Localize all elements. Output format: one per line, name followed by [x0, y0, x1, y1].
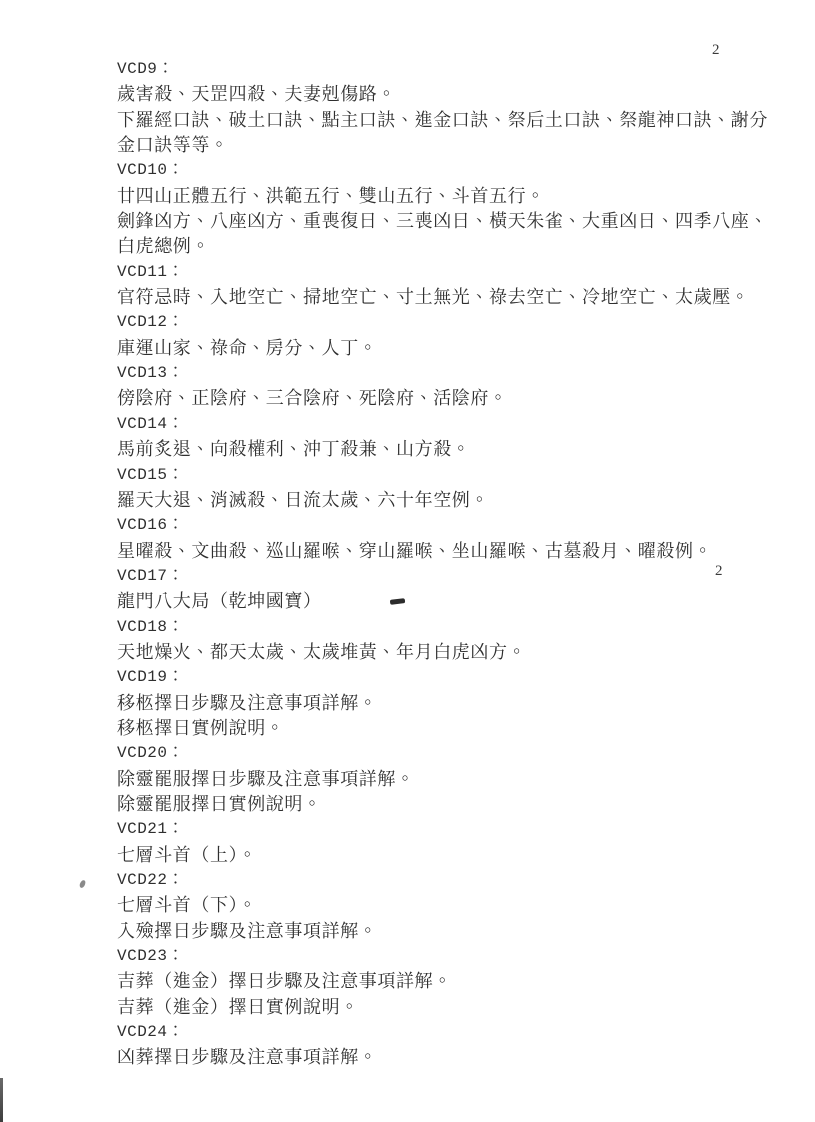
vcd14-heading: VCD14：: [117, 412, 757, 437]
content-line: 下羅經口訣、破土口訣、點主口訣、進金口訣、祭后土口訣、祭龍神口訣、謝分: [117, 108, 757, 133]
vcd10-heading: VCD10：: [117, 158, 757, 183]
vcd19-heading: VCD19：: [117, 665, 757, 690]
content-line: 凶葬擇日步驟及注意事項詳解。: [117, 1045, 757, 1070]
content-line: 星曜殺、文曲殺、巡山羅喉、穿山羅喉、坐山羅喉、古墓殺月、曜殺例。: [117, 539, 757, 564]
content-line: 移柩擇日實例說明。: [117, 716, 757, 741]
ink-speck: [79, 879, 86, 888]
vcd12-heading: VCD12：: [117, 310, 757, 335]
content-line: 羅天大退、消滅殺、日流太歲、六十年空例。: [117, 488, 757, 513]
content-line: 歲害殺、天罡四殺、夫妻剋傷路。: [117, 82, 757, 107]
vcd20-heading: VCD20：: [117, 741, 757, 766]
content-line: 龍門八大局（乾坤國寶）: [117, 589, 757, 614]
scan-edge-artifact: [0, 1078, 3, 1122]
vcd22-heading: VCD22：: [117, 868, 757, 893]
content-line: 入殮擇日步驟及注意事項詳解。: [117, 919, 757, 944]
content-line: 吉葬（進金）擇日實例說明。: [117, 995, 757, 1020]
content-line: 移柩擇日步驟及注意事項詳解。: [117, 691, 757, 716]
vcd9-heading: VCD9：: [117, 57, 757, 82]
content-line: 七層斗首（上）。: [117, 843, 757, 868]
content-line: 吉葬（進金）擇日步驟及注意事項詳解。: [117, 969, 757, 994]
content-line: 七層斗首（下）。: [117, 893, 757, 918]
vcd16-heading: VCD16：: [117, 513, 757, 538]
scanned-document-page: 2 2 VCD9： 歲害殺、天罡四殺、夫妻剋傷路。 下羅經口訣、破土口訣、點主口…: [0, 0, 815, 1122]
vcd18-heading: VCD18：: [117, 615, 757, 640]
content-line: 官符忌時、入地空亡、掃地空亡、寸土無光、祿去空亡、冷地空亡、太歲壓。: [117, 285, 757, 310]
vcd13-heading: VCD13：: [117, 361, 757, 386]
content-line: 傍陰府、正陰府、三合陰府、死陰府、活陰府。: [117, 386, 757, 411]
vcd23-heading: VCD23：: [117, 944, 757, 969]
content-line: 除靈罷服擇日步驟及注意事項詳解。: [117, 767, 757, 792]
vcd21-heading: VCD21：: [117, 817, 757, 842]
content-line: 白虎總例。: [117, 234, 757, 259]
content-line: 除靈罷服擇日實例說明。: [117, 792, 757, 817]
content-line: 金口訣等等。: [117, 133, 757, 158]
document-text-block: VCD9： 歲害殺、天罡四殺、夫妻剋傷路。 下羅經口訣、破土口訣、點主口訣、進金…: [117, 57, 757, 1071]
content-line: 劍鋒凶方、八座凶方、重喪復日、三喪凶日、橫天朱雀、大重凶日、四季八座、: [117, 209, 757, 234]
vcd15-heading: VCD15：: [117, 463, 757, 488]
vcd11-heading: VCD11：: [117, 260, 757, 285]
content-line: 馬前炙退、向殺權利、沖丁殺兼、山方殺。: [117, 437, 757, 462]
vcd24-heading: VCD24：: [117, 1020, 757, 1045]
content-line: 庫運山家、祿命、房分、人丁。: [117, 336, 757, 361]
content-line: 廿四山正體五行、洪範五行、雙山五行、斗首五行。: [117, 184, 757, 209]
content-line: 天地燥火、都天太歲、太歲堆黃、年月白虎凶方。: [117, 640, 757, 665]
vcd17-heading: VCD17：: [117, 564, 757, 589]
